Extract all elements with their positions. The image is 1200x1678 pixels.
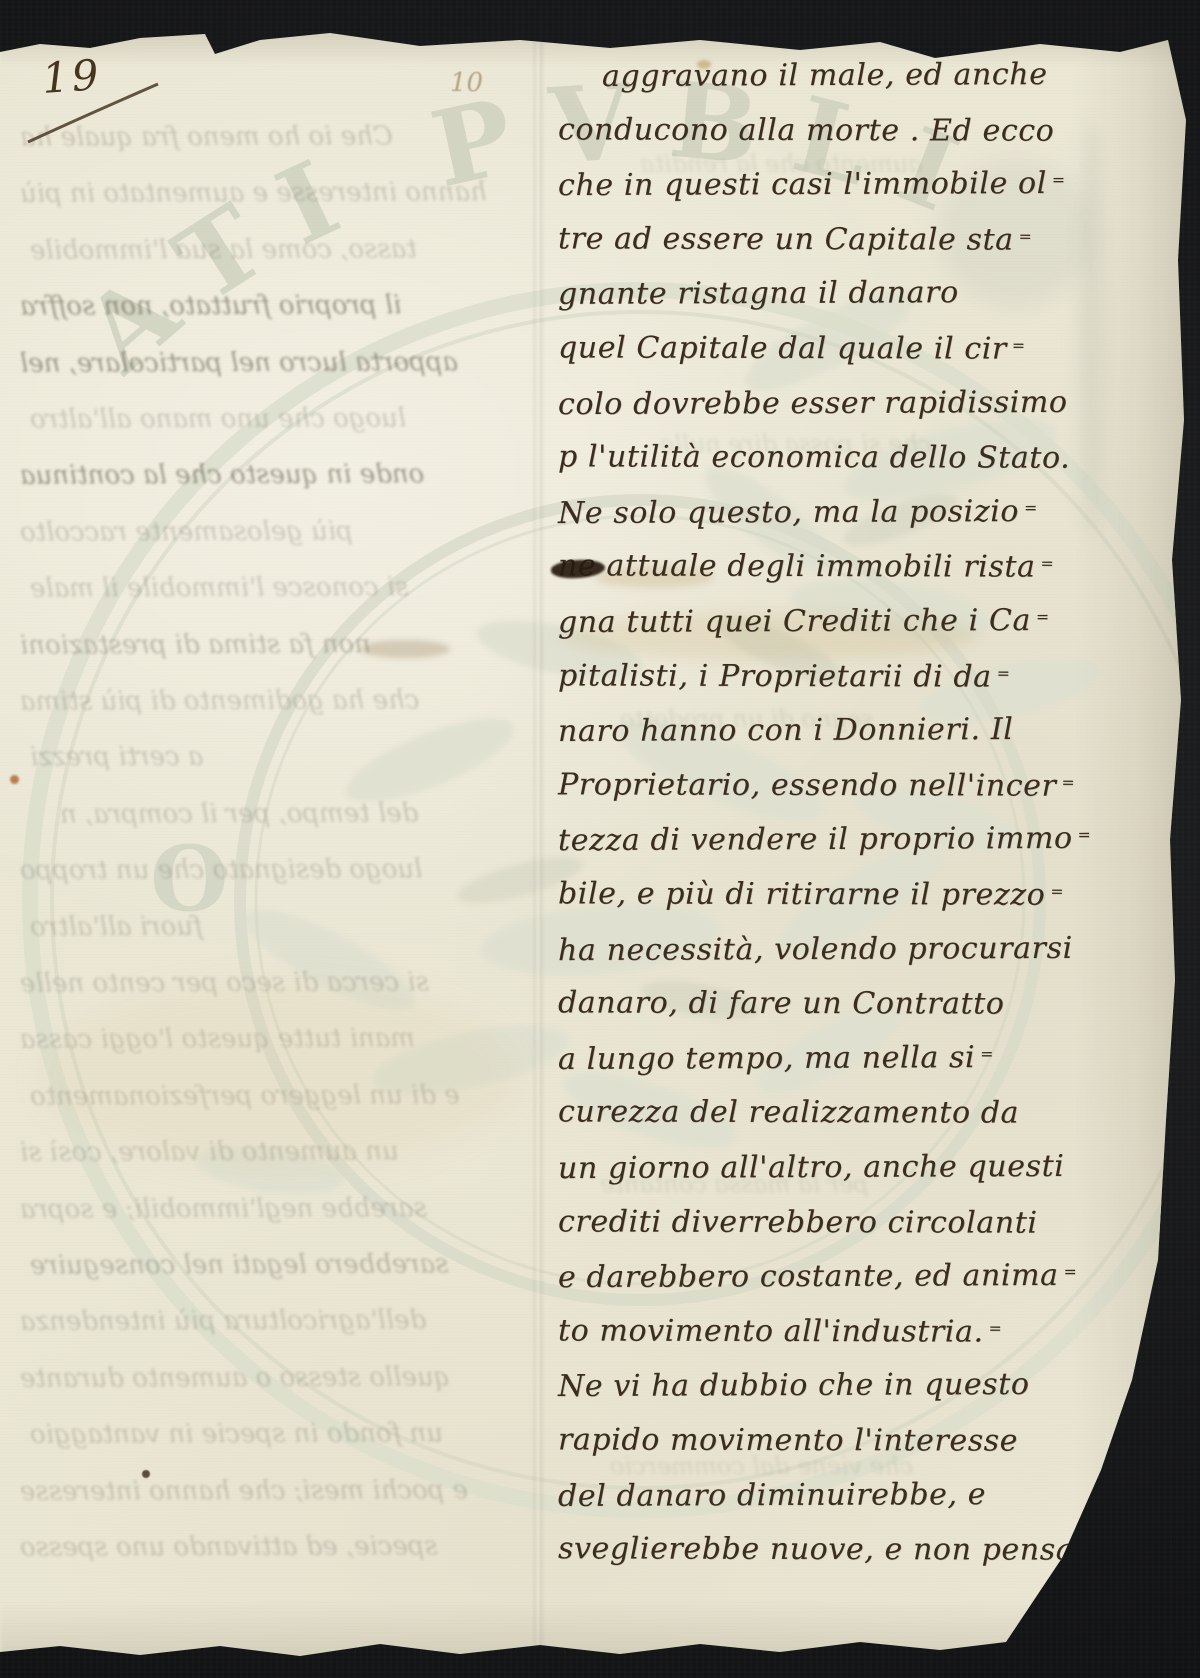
folio-number: 19 [40, 50, 103, 103]
manuscript-line: quel Capitale dal quale il cir= [558, 330, 1025, 366]
hyphenation-mark: = [1041, 555, 1054, 573]
manuscript-line: crediti diverrebbero circolanti [558, 1204, 1038, 1240]
manuscript-line: p l'utilità economica dello Stato. [558, 440, 1070, 476]
manuscript-line: Ne vi ha dubbio che in questo [558, 1367, 1030, 1404]
center-fold-crease [532, 36, 544, 1646]
manuscript-line: gnante ristagna il danaro [558, 276, 959, 313]
hyphenation-mark: = [1064, 1263, 1077, 1281]
manuscript-page: ATI PVBLI O Che io ho meno fra quale hah… [0, 0, 1200, 1678]
manuscript-line: rapido movimento l'interesse [558, 1422, 1018, 1458]
hyphenation-mark: = [1012, 337, 1025, 355]
manuscript-line: Ne solo questo, ma la posizio= [558, 494, 1037, 531]
hyphenation-mark: = [989, 1320, 1002, 1338]
manuscript-line: un giorno all'altro, anche questi [558, 1149, 1065, 1186]
main-text-column: aggravano il male, ed ancheconducono all… [552, 0, 1152, 1678]
hyphenation-mark: = [1050, 883, 1063, 901]
manuscript-line: ne attuale degli immobili rista= [558, 549, 1054, 585]
page-number: 10 [450, 68, 483, 98]
manuscript-line: naro hanno con i Donnieri. Il [558, 712, 1014, 749]
manuscript-line: colo dovrebbe esser rapidissimo [558, 384, 1068, 421]
hyphenation-mark: = [1036, 608, 1049, 626]
manuscript-line: pitalisti, i Proprietarii di da= [558, 658, 1010, 694]
manuscript-line: e darebbero costante, ed anima= [558, 1258, 1077, 1295]
hyphenation-mark: = [1024, 499, 1037, 517]
manuscript-line: to movimento all'industria.= [558, 1313, 1002, 1349]
manuscript-line: che in questi casi l'immobile ol= [558, 166, 1065, 203]
manuscript-line: tre ad essere un Capitale sta= [558, 221, 1032, 257]
hyphenation-mark: = [997, 664, 1010, 682]
manuscript-line: conducono alla morte . Ed ecco [558, 112, 1054, 148]
manuscript-line: Proprietario, essendo nell'incer= [558, 767, 1075, 803]
manuscript-line: sveglierebbe nuove, e non pensate [558, 1531, 1105, 1567]
photographed-manuscript-scene: ATI PVBLI O Che io ho meno fra quale hah… [0, 0, 1200, 1678]
manuscript-line: danaro, di fare un Contratto [558, 986, 1005, 1022]
hyphenation-mark: = [1052, 171, 1065, 189]
manuscript-line: bile, e più di ritirarne il prezzo= [558, 876, 1064, 912]
manuscript-line: gna tutti quei Crediti che i Ca= [558, 603, 1049, 640]
manuscript-line: curezza del realizzamento da [558, 1095, 1019, 1131]
hyphenation-mark: = [1078, 826, 1091, 844]
hyphenation-mark: = [1019, 228, 1032, 246]
hyphenation-mark: = [1061, 774, 1074, 792]
manuscript-line: del danaro diminuirebbe, e [558, 1477, 986, 1514]
hyphenation-mark: = [980, 1045, 993, 1063]
manuscript-line: tezza di vendere il proprio immo= [558, 821, 1091, 858]
manuscript-line: ha necessità, volendo procurarsi [558, 930, 1073, 967]
manuscript-line: a lungo tempo, ma nella si= [558, 1040, 993, 1077]
manuscript-line: aggravano il male, ed anche [602, 57, 1048, 94]
